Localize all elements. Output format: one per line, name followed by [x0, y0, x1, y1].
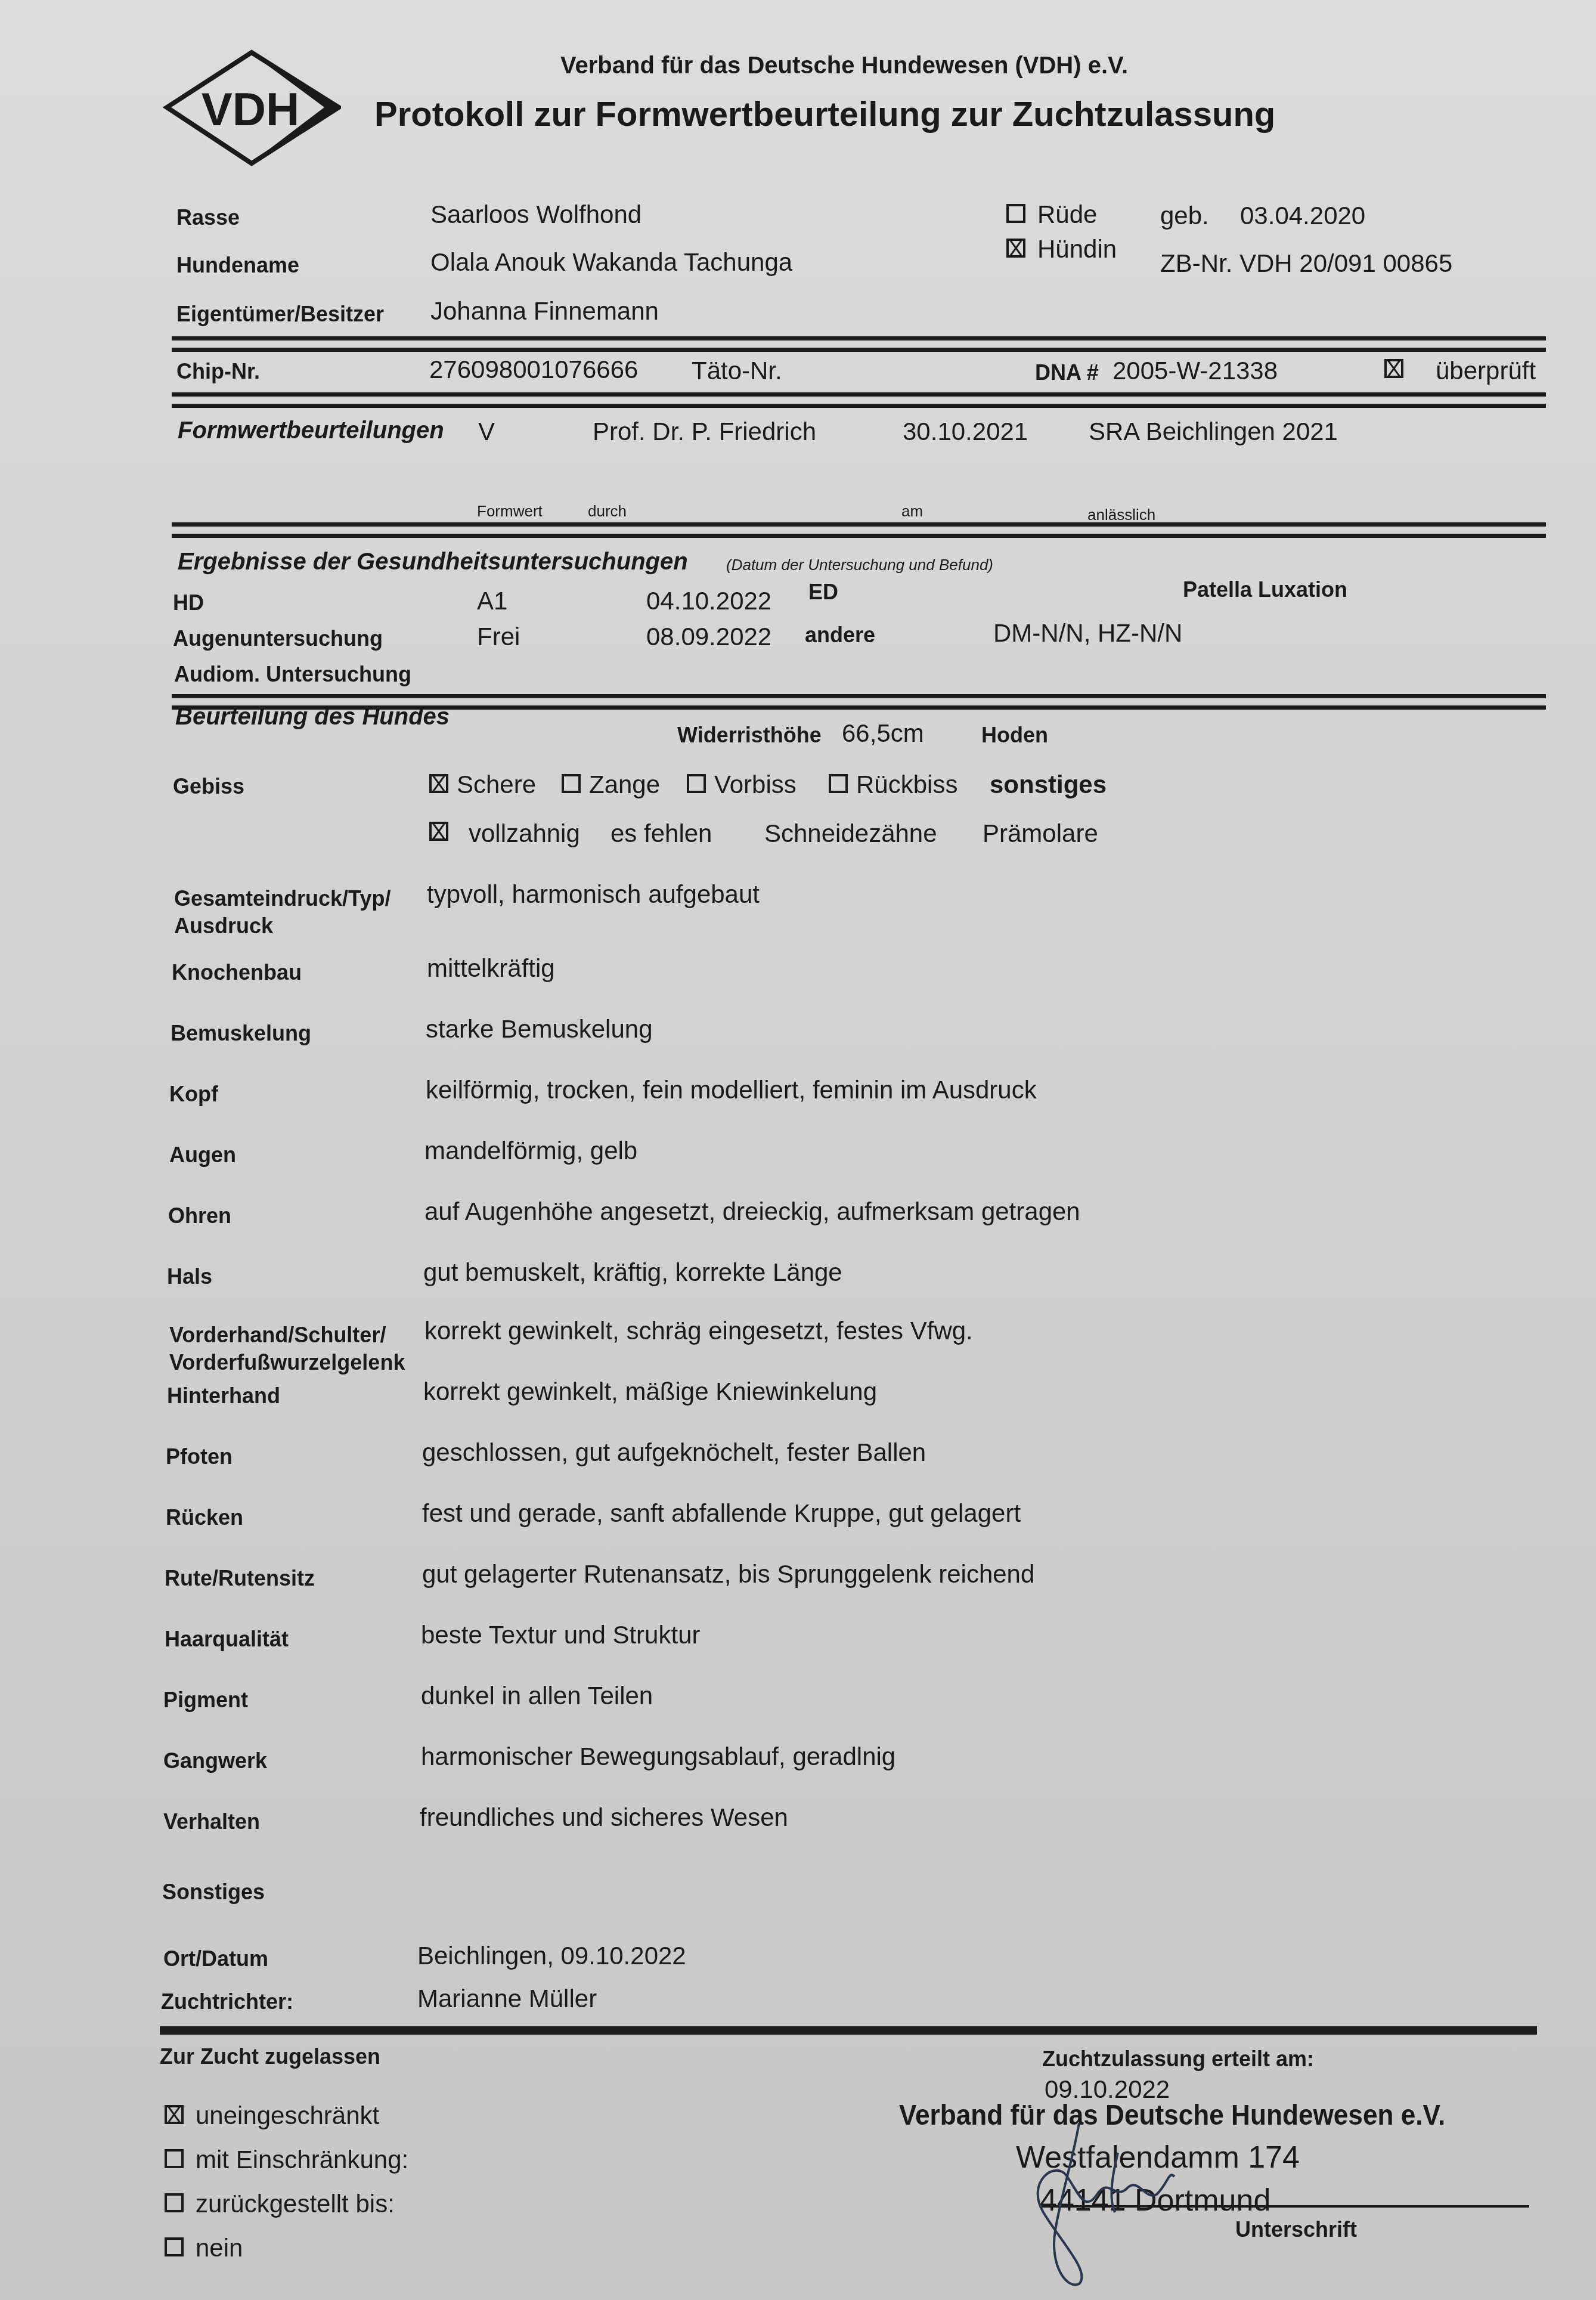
ort-datum-value: Beichlingen, 09.10.2022	[417, 1942, 686, 1970]
bite-checkbox-vorbiss[interactable]	[687, 774, 706, 793]
criteria-label: Verhalten	[163, 1808, 260, 1835]
divider	[172, 336, 1546, 352]
praemolare-label: Prämolare	[983, 819, 1098, 848]
hd-date: 04.10.2022	[646, 587, 771, 615]
criteria-value: starke Bemuskelung	[426, 1015, 653, 1044]
divider	[172, 522, 1546, 538]
sonstiges-label: Sonstiges	[162, 1880, 265, 1905]
eigentuemer-value: Johanna Finnemann	[430, 297, 659, 326]
anlaesslich-value: SRA Beichlingen 2021	[1089, 417, 1338, 446]
criteria-value: mandelförmig, gelb	[424, 1137, 637, 1165]
bite-label: Schere	[457, 770, 536, 799]
criteria-label: Hinterhand	[167, 1382, 280, 1410]
criteria-value: typvoll, harmonisch aufgebaut	[427, 880, 760, 909]
criteria-value: gut bemuskelt, kräftig, korrekte Länge	[423, 1258, 842, 1287]
chip-value: 276098001076666	[429, 355, 638, 384]
criteria-value: fest und gerade, sanft abfallende Kruppe…	[422, 1499, 1021, 1528]
criteria-value: korrekt gewinkelt, mäßige Kniewinkelung	[423, 1377, 877, 1406]
formwert-section-title: Formwertbeurteilungen	[178, 417, 444, 444]
widerrist-label: Widerristhöhe	[677, 723, 822, 748]
formwert-value: V	[478, 417, 495, 446]
criteria-label: Haarqualität	[165, 1626, 289, 1653]
page-title: Protokoll zur Formwertbeurteilung zur Zu…	[374, 94, 1275, 134]
bite-checkbox-zange[interactable]	[562, 774, 581, 793]
approval-checkbox[interactable]	[165, 2149, 184, 2168]
ruede-label: Rüde	[1037, 200, 1097, 229]
approval-option-label: zurückgestellt bis:	[196, 2190, 395, 2218]
assessment-section-title: Beurteilung des Hundes	[175, 704, 450, 730]
vdh-logo-icon: VDH	[162, 49, 341, 168]
hd-label: HD	[173, 590, 204, 615]
augen-label: Augenuntersuchung	[173, 626, 383, 651]
durch-value: Prof. Dr. P. Friedrich	[593, 417, 816, 446]
approval-option-label: uneingeschränkt	[196, 2101, 379, 2130]
criteria-value: korrekt gewinkelt, schräg eingesetzt, fe…	[424, 1317, 973, 1345]
criteria-label: Knochenbau	[172, 959, 302, 986]
hundename-value: Olala Anouk Wakanda Tachunga	[430, 248, 792, 277]
ueberprueft-checkbox[interactable]	[1384, 359, 1403, 378]
formwert-caption: Formwert	[477, 502, 543, 521]
vollzahnig-checkbox[interactable]	[429, 822, 448, 841]
hoden-label: Hoden	[981, 723, 1048, 748]
approval-option-label: nein	[196, 2234, 243, 2262]
geb-label: geb.	[1160, 202, 1209, 230]
ueberprueft-label: überprüft	[1436, 357, 1536, 385]
criteria-value: mittelkräftig	[427, 954, 555, 983]
schneidezaehne-label: Schneidezähne	[764, 819, 937, 848]
criteria-label: Rute/Rutensitz	[165, 1565, 315, 1592]
criteria-value: beste Textur und Struktur	[421, 1621, 700, 1649]
criteria-label: Hals	[167, 1263, 212, 1290]
huendin-checkbox[interactable]	[1006, 239, 1025, 258]
criteria-label: Augen	[169, 1141, 236, 1169]
criteria-value: geschlossen, gut aufgeknöchelt, fester B…	[422, 1438, 926, 1467]
criteria-label: Rücken	[166, 1504, 243, 1531]
criteria-value: dunkel in allen Teilen	[421, 1682, 653, 1710]
ruede-checkbox[interactable]	[1006, 204, 1025, 223]
chip-label: Chip-Nr.	[176, 359, 260, 384]
widerrist-value: 66,5cm	[842, 719, 924, 748]
criteria-label: Kopf	[169, 1081, 218, 1108]
es-fehlen-label: es fehlen	[610, 819, 712, 848]
augen-value: Frei	[477, 623, 520, 651]
divider	[160, 2026, 1537, 2035]
criteria-label: Bemuskelung	[171, 1020, 311, 1047]
approval-checkbox[interactable]	[165, 2105, 184, 2124]
document-page: VDH Verband für das Deutsche Hundewesen …	[0, 0, 1596, 2300]
dna-label: DNA #	[1035, 360, 1099, 385]
criteria-value: gut gelagerter Rutenansatz, bis Sprungge…	[422, 1560, 1034, 1589]
criteria-value: auf Augenhöhe angesetzt, dreieckig, aufm…	[424, 1197, 1080, 1226]
audiom-label: Audiom. Untersuchung	[174, 662, 411, 687]
criteria-label: Ohren	[168, 1202, 231, 1230]
vollzahnig-label: vollzahnig	[469, 819, 580, 848]
criteria-value: keilförmig, trocken, fein modelliert, fe…	[426, 1076, 1037, 1104]
signature-icon	[990, 2123, 1264, 2290]
am-value: 30.10.2021	[903, 417, 1028, 446]
criteria-label: Pigment	[163, 1686, 248, 1714]
approval-section-title: Zur Zucht zugelassen	[160, 2044, 380, 2069]
erteilt-label: Zuchtzulassung erteilt am:	[1042, 2047, 1314, 2072]
andere-value: DM-N/N, HZ-N/N	[993, 619, 1182, 648]
ed-label: ED	[808, 580, 838, 605]
signature-caption: Unterschrift	[1235, 2217, 1357, 2242]
geb-value: 03.04.2020	[1240, 202, 1365, 230]
organization-name: Verband für das Deutsche Hundewesen (VDH…	[560, 52, 1128, 79]
criteria-label: Gesamteindruck/Typ/ Ausdruck	[174, 885, 391, 940]
gebiss-label: Gebiss	[173, 774, 244, 799]
approval-checkbox[interactable]	[165, 2193, 184, 2212]
andere-label: andere	[805, 623, 875, 648]
bite-label: Rückbiss	[856, 770, 957, 799]
criteria-value: harmonischer Bewegungsablauf, geradlnig	[421, 1742, 895, 1771]
am-caption: am	[901, 502, 923, 521]
divider	[172, 392, 1546, 408]
huendin-label: Hündin	[1037, 235, 1117, 264]
dna-value: 2005-W-21338	[1112, 357, 1278, 385]
hd-value: A1	[477, 587, 507, 615]
durch-caption: durch	[588, 502, 627, 521]
criteria-label: Gangwerk	[163, 1747, 267, 1775]
criteria-label: Pfoten	[166, 1443, 233, 1471]
bite-checkbox-rückbiss[interactable]	[829, 774, 848, 793]
hundename-label: Hundename	[176, 253, 299, 278]
health-section-note: (Datum der Untersuchung und Befund)	[726, 556, 993, 574]
sonstiges-bite-label: sonstiges	[990, 770, 1107, 799]
bite-checkbox-schere[interactable]	[429, 774, 448, 793]
taeto-label: Täto-Nr.	[692, 357, 782, 385]
svg-text:VDH: VDH	[202, 83, 300, 135]
criteria-value: freundliches und sicheres Wesen	[420, 1803, 788, 1832]
rasse-value: Saarloos Wolfhond	[430, 200, 642, 229]
rasse-label: Rasse	[176, 205, 240, 230]
eigentuemer-label: Eigentümer/Besitzer	[176, 302, 384, 327]
zuchtrichter-value: Marianne Müller	[417, 1985, 597, 2013]
bite-label: Vorbiss	[714, 770, 797, 799]
criteria-label: Vorderhand/Schulter/ Vorderfußwurzelgele…	[169, 1321, 405, 1376]
zb-nr: ZB-Nr. VDH 20/091 00865	[1160, 249, 1452, 278]
ort-datum-label: Ort/Datum	[163, 1946, 268, 1971]
anlaesslich-caption: anlässlich	[1087, 506, 1155, 524]
zuchtrichter-label: Zuchtrichter:	[161, 1989, 293, 2014]
approval-checkbox[interactable]	[165, 2237, 184, 2256]
augen-date: 08.09.2022	[646, 623, 771, 651]
health-section-title: Ergebnisse der Gesundheitsuntersuchungen	[178, 549, 688, 575]
approval-option-label: mit Einschränkung:	[196, 2146, 408, 2174]
patella-label: Patella Luxation	[1183, 577, 1347, 602]
bite-label: Zange	[589, 770, 660, 799]
